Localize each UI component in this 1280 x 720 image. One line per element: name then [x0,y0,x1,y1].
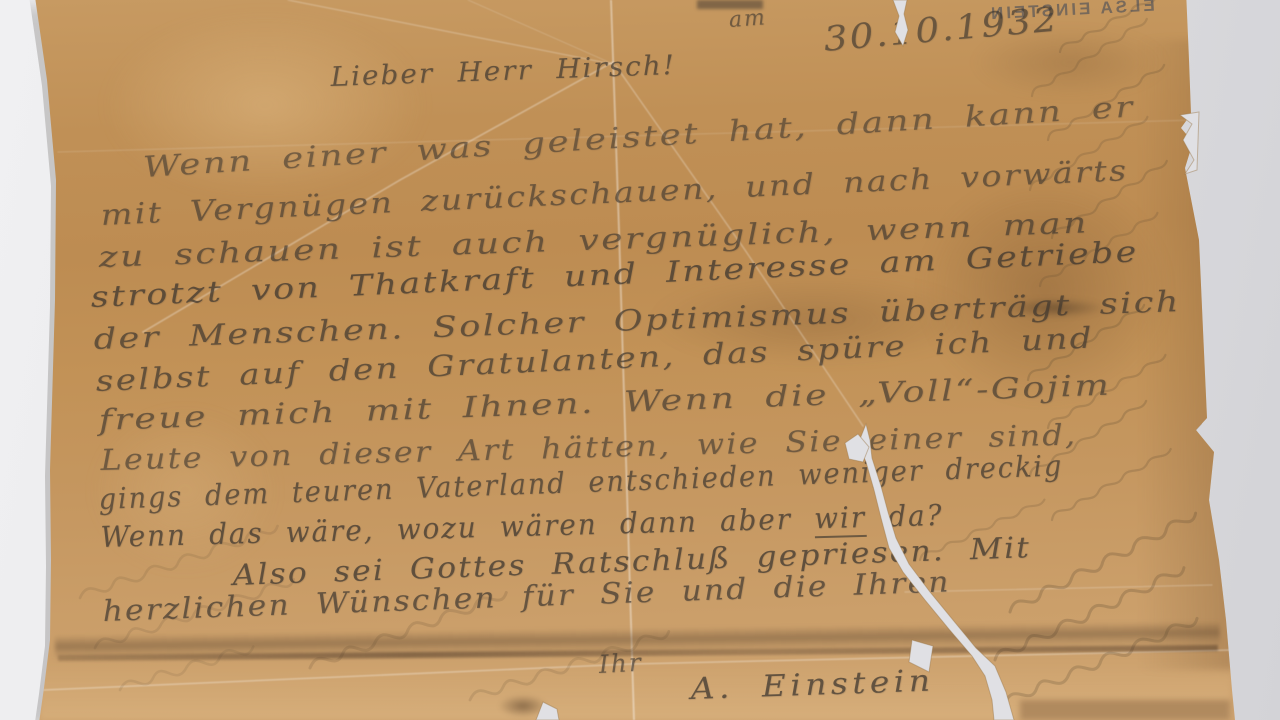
line-segment: da? [866,498,944,534]
letter-date: 30.10.1932 [822,0,1061,60]
bottom-right-smudge [1020,700,1230,720]
underlined-word: wir [814,500,867,538]
letter-paper: ELSA EINSTEIN am 30.10.1932 Lieber Herr … [0,0,1280,720]
letter-photo: ELSA EINSTEIN am 30.10.1932 Lieber Herr … [0,0,1280,720]
bottom-smudge [492,692,554,720]
salutation: Lieber Herr Hirsch! [330,50,676,93]
signature: A. Einstein [690,663,935,706]
date-prefix: am [728,5,768,33]
closing: Ihr [598,648,643,679]
